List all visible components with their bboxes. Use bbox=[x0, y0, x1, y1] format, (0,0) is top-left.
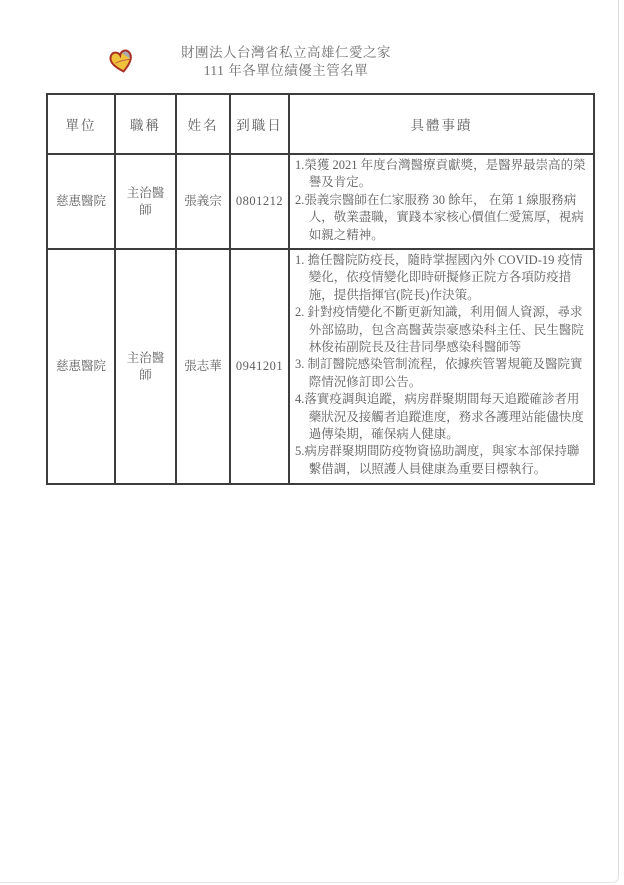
cell-name: 張義宗 bbox=[176, 154, 230, 249]
achievement-item: 2.張義宗醫師在仁家服務 30 餘年， 在第 1 線服務病人，敬業盡職，實踐本家… bbox=[295, 192, 587, 244]
achievement-item: 5.病房群聚期間防疫物資協助調度，與家本部保持聯繫借調，以照護人員健康為重要目標… bbox=[295, 443, 587, 478]
title-block: 財團法人台灣省私立高雄仁愛之家 111 年各單位績優主管名單 bbox=[0, 44, 572, 80]
header-row: 單位 職稱 姓名 到職日 具體事蹟 bbox=[47, 94, 594, 154]
cell-unit: 慈惠醫院 bbox=[47, 154, 115, 249]
achievement-item: 4.落實疫調與追蹤，病房群聚期間每天追蹤確診者用藥狀況及接觸者追蹤進度，務求各護… bbox=[295, 391, 587, 443]
org-name: 財團法人台灣省私立高雄仁愛之家 bbox=[0, 44, 572, 62]
cell-job-title: 主治醫師 bbox=[115, 249, 176, 484]
cell-name: 張志華 bbox=[176, 249, 230, 484]
document-header: 財團法人台灣省私立高雄仁愛之家 111 年各單位績優主管名單 bbox=[0, 44, 624, 88]
col-header-name: 姓名 bbox=[176, 94, 230, 154]
cell-start-date: 0801212 bbox=[230, 154, 289, 249]
doc-title: 111 年各單位績優主管名單 bbox=[0, 62, 572, 80]
col-header-achievements: 具體事蹟 bbox=[289, 94, 594, 154]
cell-start-date: 0941201 bbox=[230, 249, 289, 484]
achievement-item: 2. 針對疫情變化不斷更新知識，利用個人資源，尋求外部協助，包含高醫黃崇豪感染科… bbox=[295, 304, 587, 356]
cell-achievements: 1.榮獲 2021 年度台灣醫療貢獻獎，是醫界最崇高的榮譽及肯定。 2.張義宗醫… bbox=[289, 154, 594, 249]
col-header-start-date: 到職日 bbox=[230, 94, 289, 154]
achievement-item: 1.榮獲 2021 年度台灣醫療貢獻獎，是醫界最崇高的榮譽及肯定。 bbox=[295, 157, 587, 192]
roster-table: 單位 職稱 姓名 到職日 具體事蹟 慈惠醫院 主治醫師 張義宗 0801212 … bbox=[46, 93, 595, 485]
table-row: 慈惠醫院 主治醫師 張義宗 0801212 1.榮獲 2021 年度台灣醫療貢獻… bbox=[47, 154, 594, 249]
cell-unit: 慈惠醫院 bbox=[47, 249, 115, 484]
document-page: 財團法人台灣省私立高雄仁愛之家 111 年各單位績優主管名單 單位 職稱 姓名 … bbox=[0, 0, 624, 885]
col-header-job-title: 職稱 bbox=[115, 94, 176, 154]
col-header-unit: 單位 bbox=[47, 94, 115, 154]
cell-achievements: 1. 擔任醫院防疫長，隨時掌握國內外 COVID-19 疫情變化，依疫情變化即時… bbox=[289, 249, 594, 484]
cell-job-title: 主治醫師 bbox=[115, 154, 176, 249]
achievement-item: 3. 制訂醫院感染管制流程，依據疾管署規範及醫院實際情況修訂即公告。 bbox=[295, 356, 587, 391]
table-row: 慈惠醫院 主治醫師 張志華 0941201 1. 擔任醫院防疫長，隨時掌握國內外… bbox=[47, 249, 594, 484]
achievement-item: 1. 擔任醫院防疫長，隨時掌握國內外 COVID-19 疫情變化，依疫情變化即時… bbox=[295, 252, 587, 304]
